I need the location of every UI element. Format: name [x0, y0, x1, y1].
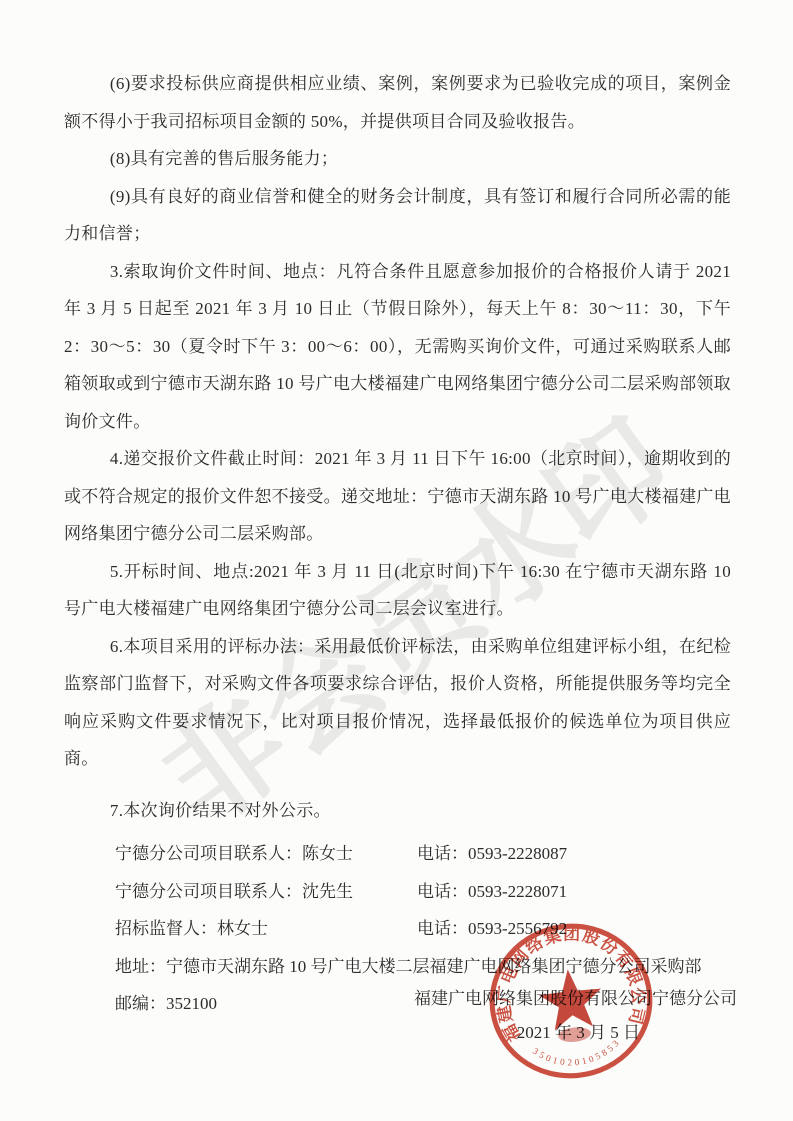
contact-phone: 电话：0593-2228071 — [417, 873, 567, 911]
clause-8: (8)具有完善的售后服务能力； — [64, 140, 731, 178]
document-body: (6)要求投标供应商提供相应业绩、案例，案例要求为已验收完成的项目，案例金额不得… — [64, 65, 731, 829]
section-3-inquiry-document: 3.索取询价文件时间、地点：凡符合条件且愿意参加报价的合格报价人请于 2021 … — [64, 253, 731, 441]
clause-9: (9)具有良好的商业信誉和健全的财务会计制度，具有签订和履行合同所必需的能力和信… — [64, 178, 731, 253]
contact-label: 宁德分公司项目联系人：陈女士 — [115, 844, 353, 863]
section-7-result-notice: 7.本次询价结果不对外公示。 — [64, 792, 731, 830]
scanned-document-page: (6)要求投标供应商提供相应业绩、案例，案例要求为已验收完成的项目，案例金额不得… — [0, 0, 793, 1121]
contact-row-lin: 招标监督人：林女士 电话：0593-2556792 — [115, 910, 731, 948]
address-line: 地址：宁德市天湖东路 10 号广电大楼二层福建广电网络集团宁德分公司采购部 — [115, 948, 731, 986]
contact-row-chen: 宁德分公司项目联系人：陈女士 电话：0593-2228087 — [115, 835, 731, 873]
section-6-evaluation-method: 6.本项目采用的评标办法：采用最低价评标法，由采购单位组建评标小组，在纪检监察部… — [64, 628, 731, 778]
signature-block: 福建广电网络集团股份有限公司宁德分公司 2021 年 3 月 5 日 — [0, 982, 793, 1050]
signature-company-name: 福建广电网络集团股份有限公司宁德分公司 — [0, 982, 737, 1016]
signature-date: 2021 年 3 月 5 日 — [0, 1016, 737, 1050]
contact-phone: 电话：0593-2228087 — [417, 835, 567, 873]
contact-label: 招标监督人：林女士 — [115, 919, 268, 938]
contact-row-shen: 宁德分公司项目联系人：沈先生 电话：0593-2228071 — [115, 873, 731, 911]
section-4-submission-deadline: 4.递交报价文件截止时间：2021 年 3 月 11 日下午 16:00（北京时… — [64, 440, 731, 553]
clause-6: (6)要求投标供应商提供相应业绩、案例，案例要求为已验收完成的项目，案例金额不得… — [64, 65, 731, 140]
section-5-bid-opening: 5.开标时间、地点:2021 年 3 月 11 日(北京时间)下午 16:30 … — [64, 553, 731, 628]
contact-phone: 电话：0593-2556792 — [417, 910, 567, 948]
contact-label: 宁德分公司项目联系人：沈先生 — [115, 882, 353, 901]
